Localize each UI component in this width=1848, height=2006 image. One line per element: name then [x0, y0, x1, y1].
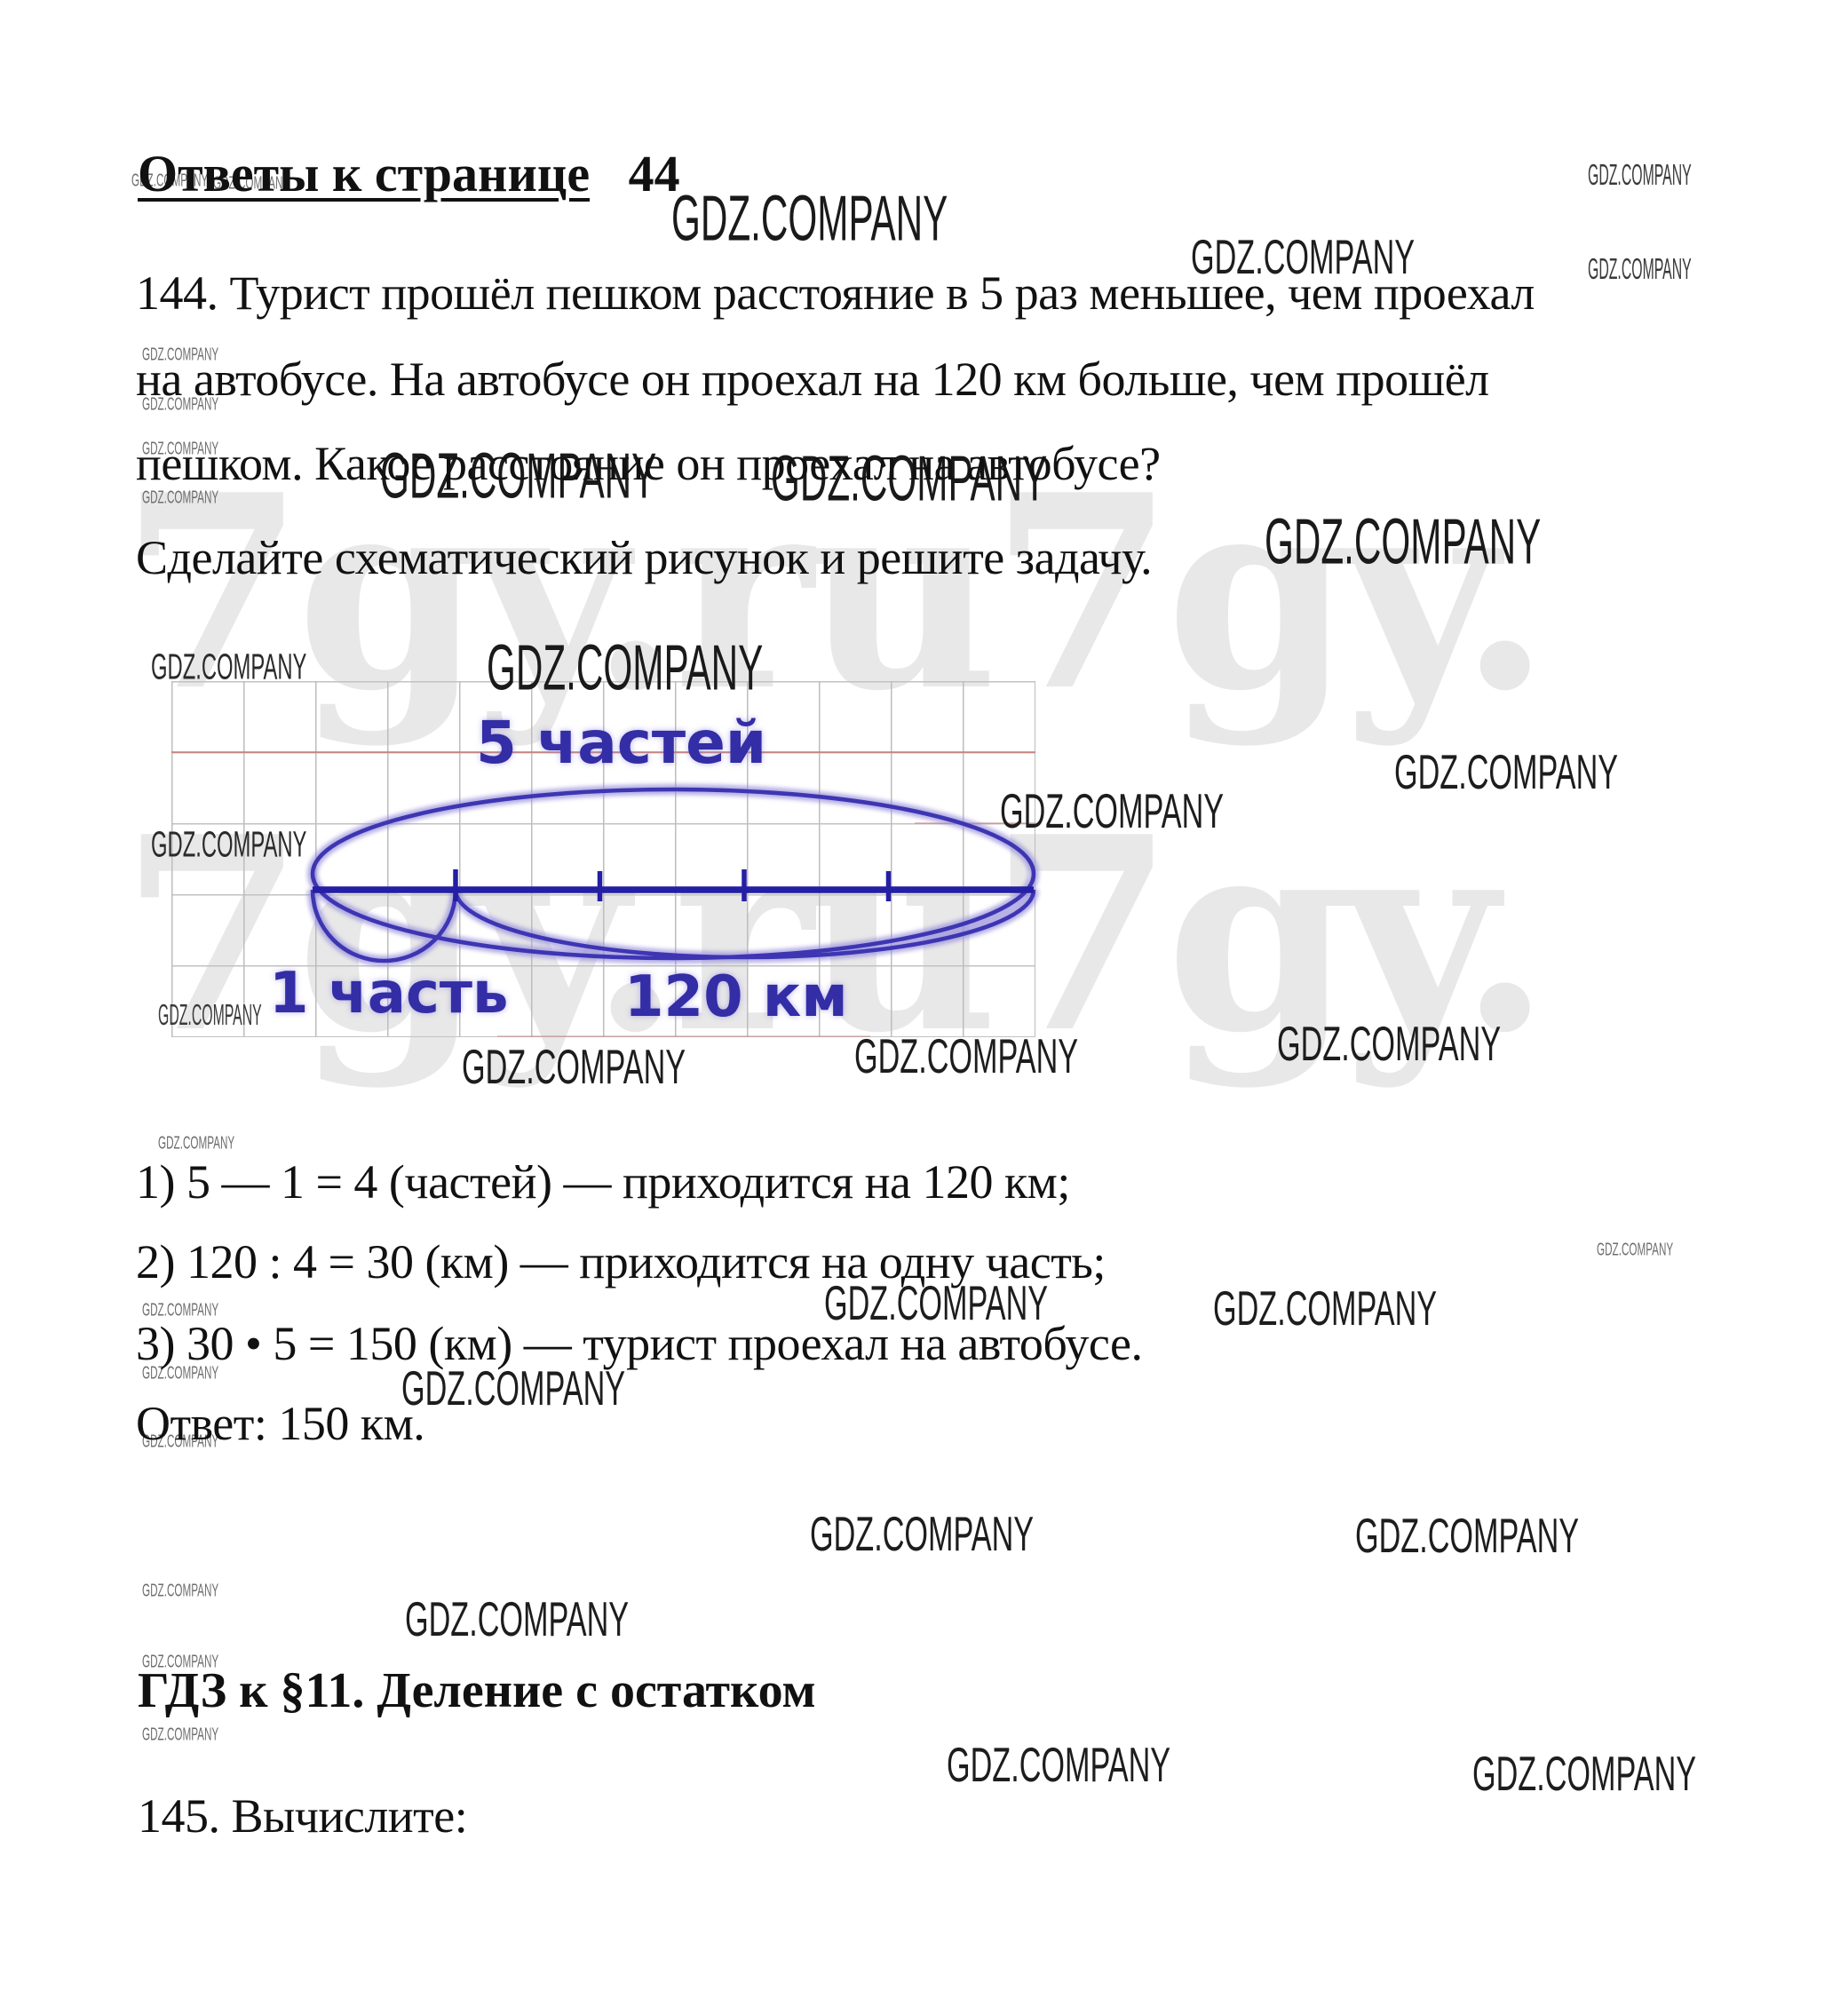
gdz-watermark: GDZ.COMPANY — [487, 632, 763, 706]
gdz-watermark: GDZ.COMPANY — [1597, 1240, 1673, 1260]
solution-step: 1) 5 — 1 = 4 (частей) — приходится на 12… — [136, 1154, 1070, 1209]
gdz-watermark: GDZ.COMPANY — [1588, 158, 1692, 193]
gdz-watermark: GDZ.COMPANY — [810, 1508, 1034, 1563]
page-title: Ответы к странице 44 — [138, 144, 680, 203]
solution-step: 3) 30 • 5 = 150 (км) — турист проехал на… — [136, 1316, 1142, 1371]
problem-line: пешком. Какое расстояние он проехал на а… — [136, 436, 1161, 491]
gdz-watermark: GDZ.COMPANY — [671, 183, 948, 257]
gdz-watermark: GDZ.COMPANY — [1213, 1282, 1437, 1337]
scanned-answer-page: 7gy.ru7gy. 7gy.ru7gy. GDZ.COMPANYGDZ.COM… — [0, 0, 1848, 2006]
gdz-watermark: GDZ.COMPANY — [142, 1581, 218, 1601]
gdz-watermark: GDZ.COMPANY — [142, 1725, 218, 1745]
gdz-watermark: GDZ.COMPANY — [1277, 1018, 1501, 1073]
gdz-watermark: GDZ.COMPANY — [1588, 252, 1692, 287]
gdz-watermark: GDZ.COMPANY — [854, 1030, 1078, 1085]
gdz-watermark: GDZ.COMPANY — [1355, 1510, 1579, 1565]
page-number: 44 — [629, 145, 680, 202]
problem-line: на автобусе. На автобусе он проехал на 1… — [136, 352, 1489, 407]
diagram-label-distance: 120 км — [624, 964, 848, 1030]
gdz-watermark: GDZ.COMPANY — [405, 1593, 629, 1648]
gdz-watermark: GDZ.COMPANY — [1394, 746, 1618, 801]
gdz-watermark: GDZ.COMPANY — [1265, 506, 1541, 580]
next-task-line: 145. Вычислите: — [138, 1788, 467, 1843]
grid-red-line — [497, 1035, 870, 1037]
gdz-watermark: GDZ.COMPANY — [151, 646, 306, 687]
problem-line: 144. Турист прошёл пешком расстояние в 5… — [136, 266, 1535, 321]
solution-step: 2) 120 : 4 = 30 (км) — приходится на одн… — [136, 1234, 1106, 1289]
section-heading: ГДЗ к §11. Деление с остатком — [138, 1662, 816, 1719]
problem-instruction: Сделайте схематический рисунок и решите … — [136, 530, 1152, 585]
page-title-text: Ответы к странице — [138, 145, 590, 202]
gdz-watermark: GDZ.COMPANY — [158, 998, 262, 1033]
diagram-label-total-parts: 5 частей — [476, 709, 766, 777]
diagram-label-one-part: 1 часть — [269, 961, 508, 1027]
solution-answer: Ответ: 150 км. — [136, 1396, 424, 1451]
gdz-watermark: GDZ.COMPANY — [462, 1041, 686, 1096]
gdz-watermark: GDZ.COMPANY — [1472, 1748, 1696, 1803]
gdz-watermark: GDZ.COMPANY — [151, 824, 306, 865]
gdz-watermark: GDZ.COMPANY — [947, 1739, 1170, 1794]
gdz-watermark: GDZ.COMPANY — [1000, 785, 1224, 840]
gdz-watermark: GDZ.COMPANY — [158, 1133, 234, 1154]
